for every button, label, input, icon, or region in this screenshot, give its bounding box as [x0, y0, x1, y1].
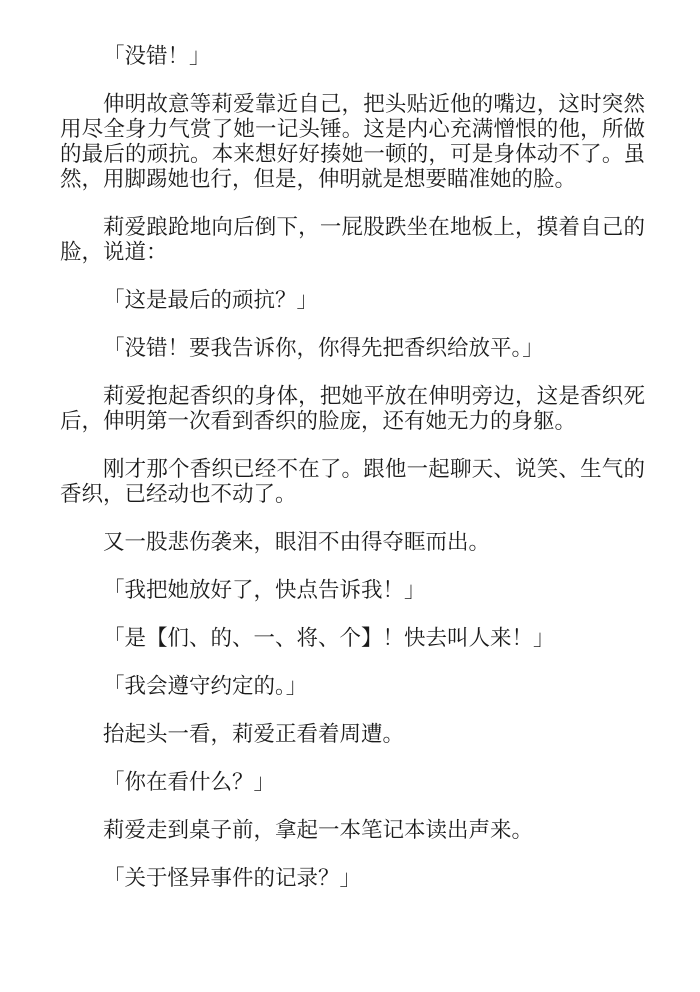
paragraph-narrative: 刚才那个香织已经不在了。跟他一起聊天、说笑、生气的香织，已经动也不动了。: [60, 457, 645, 507]
paragraph-dialogue: 「是【们、的、一、将、个】！快去叫人来！」: [60, 626, 645, 651]
paragraph-dialogue: 「你在看什么？」: [60, 770, 645, 795]
paragraph-narrative: 莉爱走到桌子前，拿起一本笔记本读出声来。: [60, 818, 645, 843]
paragraph-dialogue: 「我会遵守约定的。」: [60, 674, 645, 699]
paragraph-dialogue: 「我把她放好了，快点告诉我！」: [60, 578, 645, 603]
paragraph-dialogue: 「这是最后的顽抗？」: [60, 288, 645, 313]
paragraph-narrative: 莉爱抱起香织的身体，把她平放在伸明旁边，这是香织死后，伸明第一次看到香织的脸庞，…: [60, 384, 645, 434]
paragraph-dialogue: 「没错！」: [60, 44, 645, 69]
paragraph-narrative: 又一股悲伤袭来，眼泪不由得夺眶而出。: [60, 530, 645, 555]
paragraph-dialogue: 「没错！要我告诉你，你得先把香织给放平。」: [60, 336, 645, 361]
text-column: 「没错！」 伸明故意等莉爱靠近自己，把头贴近他的嘴边，这时突然用尽全身力气赏了她…: [0, 0, 700, 891]
paragraph-narrative: 抬起头一看，莉爱正看着周遭。: [60, 722, 645, 747]
paragraph-narrative: 伸明故意等莉爱靠近自己，把头贴近他的嘴边，这时突然用尽全身力气赏了她一记头锤。这…: [60, 92, 645, 192]
paragraph-dialogue: 「关于怪异事件的记录？」: [60, 866, 645, 891]
ebook-page: 「没错！」 伸明故意等莉爱靠近自己，把头贴近他的嘴边，这时突然用尽全身力气赏了她…: [0, 0, 700, 992]
paragraph-narrative: 莉爱踉跄地向后倒下，一屁股跌坐在地板上，摸着自己的脸，说道：: [60, 215, 645, 265]
